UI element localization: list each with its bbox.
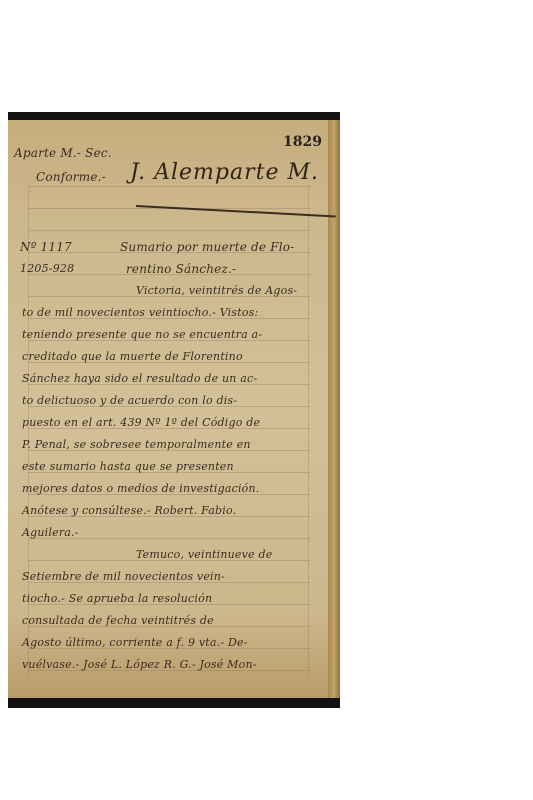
page-number: 1829	[283, 134, 322, 150]
entry-line: P. Penal, se sobresee temporalmente en	[22, 438, 251, 451]
resolution-line: Setiembre de mil novecientos vein-	[22, 570, 225, 583]
resolution-line: tiocho.- Se aprueba la resolución	[22, 592, 212, 605]
entry-title-line-2: rentino Sánchez.-	[126, 262, 236, 276]
resolution-line: Temuco, veintinueve de	[136, 548, 272, 561]
resolution-line: Agosto último, corriente a f. 9 vta.- De…	[22, 636, 248, 649]
header-signature: J. Alemparte M.	[130, 160, 319, 185]
entry-line: to de mil novecientos veintiocho.- Visto…	[22, 306, 258, 319]
entry-line: mejores datos o medios de investigación.	[22, 482, 260, 495]
resolution-line: vuélvase.- José L. López R. G.- José Mon…	[22, 658, 257, 671]
page-edge	[328, 120, 340, 698]
entry-code: 1205-928	[20, 262, 74, 275]
entry-line: creditado que la muerte de Florentino	[22, 350, 243, 363]
signature-underline	[136, 205, 336, 217]
entry-line: Sánchez haya sido el resultado de un ac-	[22, 372, 257, 385]
ruled-line	[28, 186, 310, 187]
entry-line: puesto en el art. 439 Nº 1º del Código d…	[22, 416, 260, 429]
header-line-2: Conforme.-	[36, 170, 106, 184]
margin-line	[308, 186, 309, 678]
document-photo: 1829 Aparte M.- Sec. Conforme.- J. Alemp…	[8, 112, 340, 708]
entry-line: Aguilera.-	[22, 526, 79, 539]
entry-line: teniendo presente que no se encuentra a-	[22, 328, 262, 341]
header-line-1: Aparte M.- Sec.	[14, 146, 112, 160]
ledger-page: 1829 Aparte M.- Sec. Conforme.- J. Alemp…	[8, 120, 334, 698]
entry-title-line-1: Sumario por muerte de Flo-	[120, 240, 294, 254]
entry-number: Nº 1117	[20, 240, 72, 254]
entry-line: Victoria, veintitrés de Agos-	[136, 284, 297, 297]
entry-line: to delictuoso y de acuerdo con lo dis-	[22, 394, 237, 407]
ruled-line	[28, 230, 310, 231]
resolution-line: consultada de fecha veintitrés de	[22, 614, 214, 627]
entry-line: este sumario hasta que se presenten	[22, 460, 234, 473]
entry-line: Anótese y consúltese.- Robert. Fabio.	[22, 504, 236, 517]
